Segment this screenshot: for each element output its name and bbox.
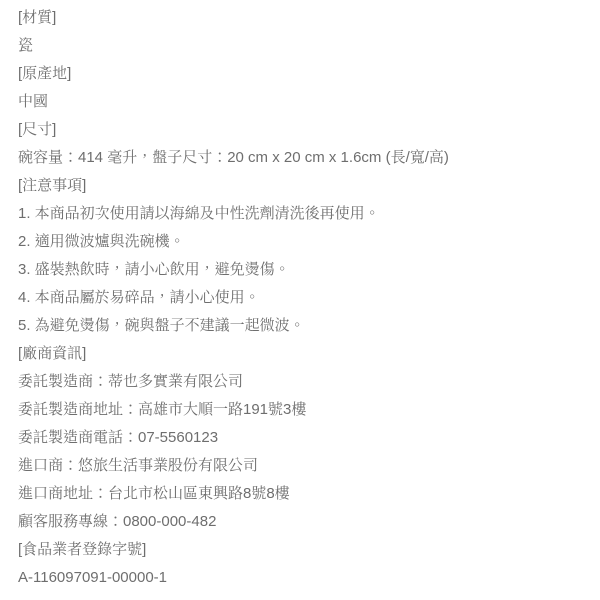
origin-value: 中國 bbox=[18, 88, 590, 116]
customer-service-line: 顧客服務專線：0800-000-482 bbox=[18, 508, 590, 536]
notice-item-3: 3. 盛裝熱飲時，請小心飲用，避免燙傷。 bbox=[18, 256, 590, 284]
dimensions-value: 碗容量：414 毫升，盤子尺寸：20 cm x 20 cm x 1.6cm (長… bbox=[18, 144, 590, 172]
section-header-notices: [注意事項] bbox=[18, 172, 590, 200]
notice-item-1: 1. 本商品初次使用請以海綿及中性洗劑清洗後再使用。 bbox=[18, 200, 590, 228]
manufacturer-phone: 委託製造商電話：07-5560123 bbox=[18, 424, 590, 452]
notice-item-5: 5. 為避免燙傷，碗與盤子不建議一起微波。 bbox=[18, 312, 590, 340]
notice-item-4: 4. 本商品屬於易碎品，請小心使用。 bbox=[18, 284, 590, 312]
registration-number: A-116097091-00000-1 bbox=[18, 564, 590, 592]
importer-address: 進口商地址：台北市松山區東興路8號8樓 bbox=[18, 480, 590, 508]
notice-item-2: 2. 適用微波爐與洗碗機。 bbox=[18, 228, 590, 256]
product-details-block: [材質] 瓷 [原產地] 中國 [尺寸] 碗容量：414 毫升，盤子尺寸：20 … bbox=[0, 0, 600, 592]
manufacturer-address: 委託製造商地址：高雄市大順一路191號3樓 bbox=[18, 396, 590, 424]
material-value: 瓷 bbox=[18, 32, 590, 60]
importer-name: 進口商：悠旅生活事業股份有限公司 bbox=[18, 452, 590, 480]
section-header-dimensions: [尺寸] bbox=[18, 116, 590, 144]
section-header-material: [材質] bbox=[18, 4, 590, 32]
section-header-origin: [原產地] bbox=[18, 60, 590, 88]
section-header-manufacturer: [廠商資訊] bbox=[18, 340, 590, 368]
manufacturer-name: 委託製造商：蒂也多實業有限公司 bbox=[18, 368, 590, 396]
section-header-registration: [食品業者登錄字號] bbox=[18, 536, 590, 564]
